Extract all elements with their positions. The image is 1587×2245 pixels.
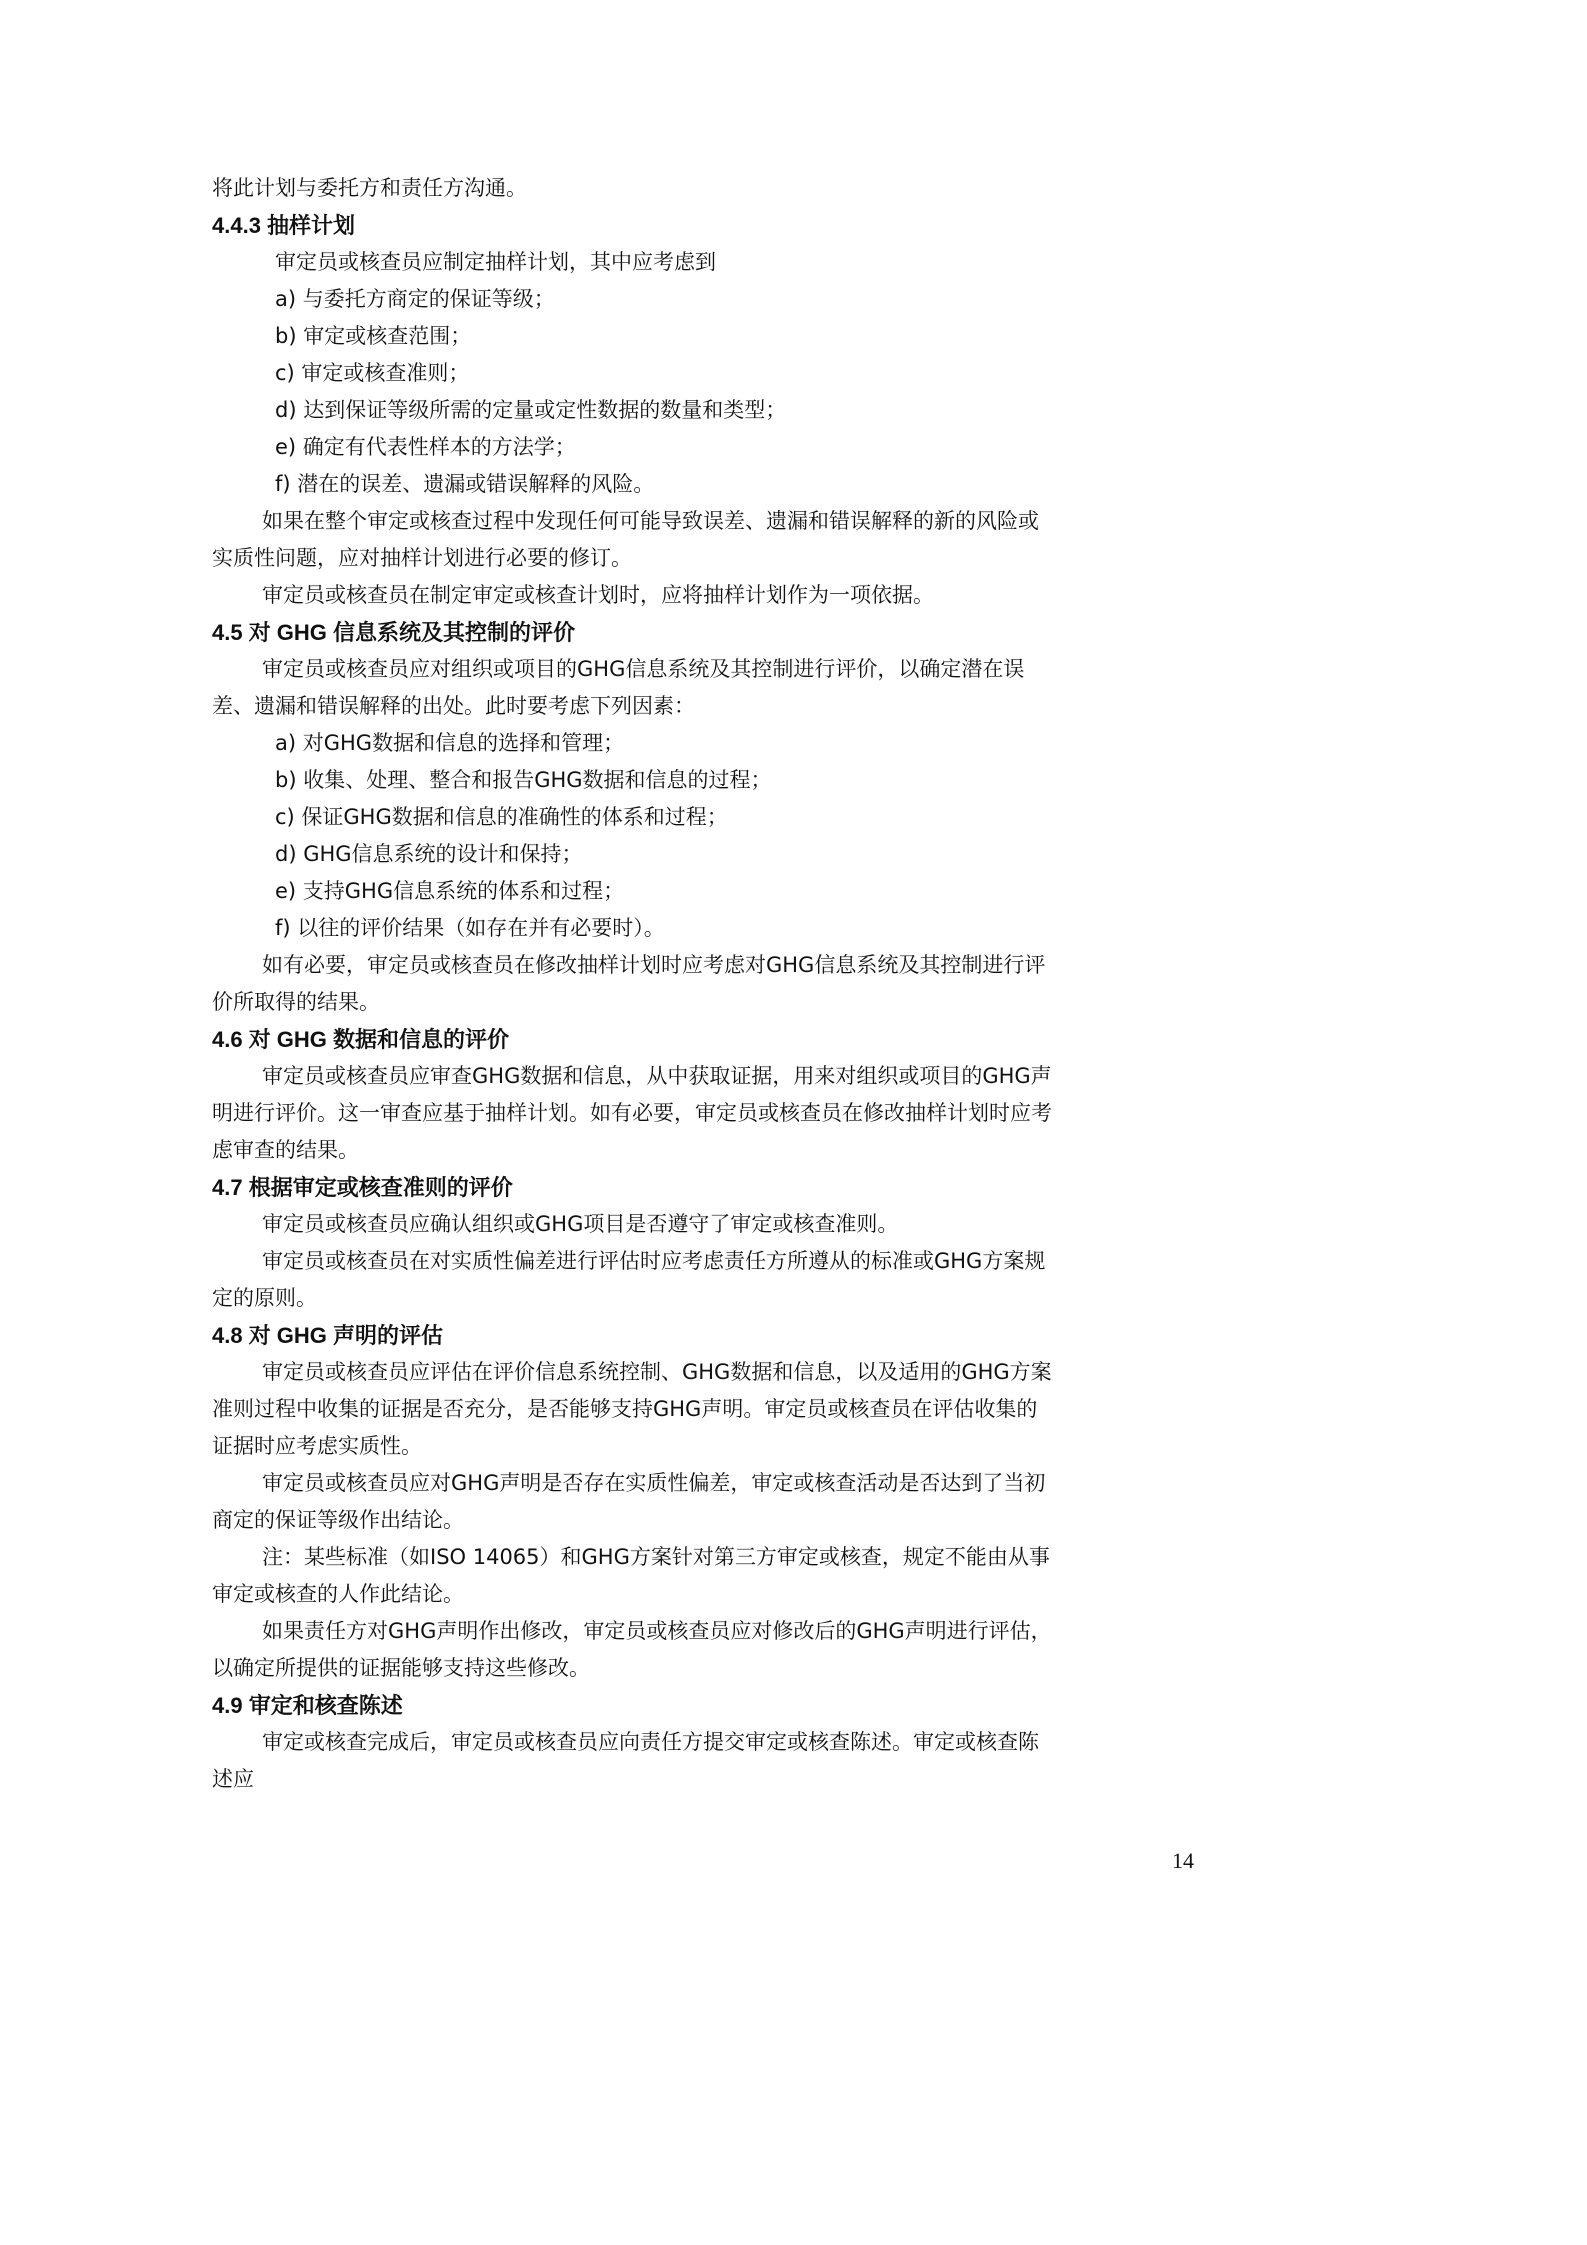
list-item: b) 审定或核查范围； <box>212 318 1212 355</box>
page-number: 14 <box>1172 1848 1194 1874</box>
paragraph-start: 审定员或核查员在制定审定或核查计划时，应将抽样计划作为一项依据。 <box>212 577 1212 614</box>
paragraph-line: 实质性问题，应对抽样计划进行必要的修订。 <box>212 540 1212 577</box>
paragraph-start: 审定员或核查员应审查GHG数据和信息，从中获取证据，用来对组织或项目的GHG声 <box>212 1058 1212 1095</box>
document-page: 将此计划与委托方和责任方沟通。4.4.3 抽样计划审定员或核查员应制定抽样计划，… <box>212 170 1212 1798</box>
paragraph-line: 明进行评价。这一审查应基于抽样计划。如有必要，审定员或核查员在修改抽样计划时应考 <box>212 1095 1212 1132</box>
list-item: d) GHG信息系统的设计和保持； <box>212 836 1212 873</box>
paragraph-start: 审定员或核查员应评估在评价信息系统控制、GHG数据和信息，以及适用的GHG方案 <box>212 1354 1212 1391</box>
list-item: a) 与委托方商定的保证等级； <box>212 281 1212 318</box>
list-item: c) 保证GHG数据和信息的准确性的体系和过程； <box>212 799 1212 836</box>
paragraph-line: 定的原则。 <box>212 1280 1212 1317</box>
paragraph-start: 如果在整个审定或核查过程中发现任何可能导致误差、遗漏和错误解释的新的风险或 <box>212 503 1212 540</box>
section-heading: 4.8 对 GHG 声明的评估 <box>212 1317 1212 1354</box>
paragraph-line: 证据时应考虑实质性。 <box>212 1428 1212 1465</box>
section-heading: 4.9 审定和核查陈述 <box>212 1687 1212 1724</box>
list-item: e) 支持GHG信息系统的体系和过程； <box>212 873 1212 910</box>
paragraph-line: 审定或核查的人作此结论。 <box>212 1576 1212 1613</box>
section-heading: 4.7 根据审定或核查准则的评价 <box>212 1169 1212 1206</box>
paragraph-start: 注：某些标准（如ISO 14065）和GHG方案针对第三方审定或核查，规定不能由… <box>212 1539 1212 1576</box>
paragraph-line: 商定的保证等级作出结论。 <box>212 1502 1212 1539</box>
paragraph-start: 审定员或核查员在对实质性偏差进行评估时应考虑责任方所遵从的标准或GHG方案规 <box>212 1243 1212 1280</box>
list-item: b) 收集、处理、整合和报告GHG数据和信息的过程； <box>212 762 1212 799</box>
list-item: a) 对GHG数据和信息的选择和管理； <box>212 725 1212 762</box>
paragraph-line: 差、遗漏和错误解释的出处。此时要考虑下列因素： <box>212 688 1212 725</box>
section-heading: 4.4.3 抽样计划 <box>212 207 1212 244</box>
list-item: e) 确定有代表性样本的方法学； <box>212 429 1212 466</box>
paragraph-line: 虑审查的结果。 <box>212 1132 1212 1169</box>
paragraph-start: 审定员或核查员应制定抽样计划，其中应考虑到 <box>212 244 1212 281</box>
paragraph-start: 如有必要，审定员或核查员在修改抽样计划时应考虑对GHG信息系统及其控制进行评 <box>212 947 1212 984</box>
list-item: f) 以往的评价结果（如存在并有必要时）。 <box>212 910 1212 947</box>
paragraph-line: 准则过程中收集的证据是否充分，是否能够支持GHG声明。审定员或核查员在评估收集的 <box>212 1391 1212 1428</box>
list-item: d) 达到保证等级所需的定量或定性数据的数量和类型； <box>212 392 1212 429</box>
paragraph-start: 审定员或核查员应确认组织或GHG项目是否遵守了审定或核查准则。 <box>212 1206 1212 1243</box>
list-item: c) 审定或核查准则； <box>212 355 1212 392</box>
paragraph-line: 述应 <box>212 1761 1212 1798</box>
paragraph-line: 价所取得的结果。 <box>212 984 1212 1021</box>
paragraph-start: 审定或核查完成后，审定员或核查员应向责任方提交审定或核查陈述。审定或核查陈 <box>212 1724 1212 1761</box>
section-heading: 4.6 对 GHG 数据和信息的评价 <box>212 1021 1212 1058</box>
paragraph-line: 将此计划与委托方和责任方沟通。 <box>212 170 1212 207</box>
paragraph-start: 审定员或核查员应对组织或项目的GHG信息系统及其控制进行评价，以确定潜在误 <box>212 651 1212 688</box>
paragraph-line: 以确定所提供的证据能够支持这些修改。 <box>212 1650 1212 1687</box>
list-item: f) 潜在的误差、遗漏或错误解释的风险。 <box>212 466 1212 503</box>
section-heading: 4.5 对 GHG 信息系统及其控制的评价 <box>212 614 1212 651</box>
paragraph-start: 审定员或核查员应对GHG声明是否存在实质性偏差，审定或核查活动是否达到了当初 <box>212 1465 1212 1502</box>
paragraph-start: 如果责任方对GHG声明作出修改，审定员或核查员应对修改后的GHG声明进行评估， <box>212 1613 1212 1650</box>
